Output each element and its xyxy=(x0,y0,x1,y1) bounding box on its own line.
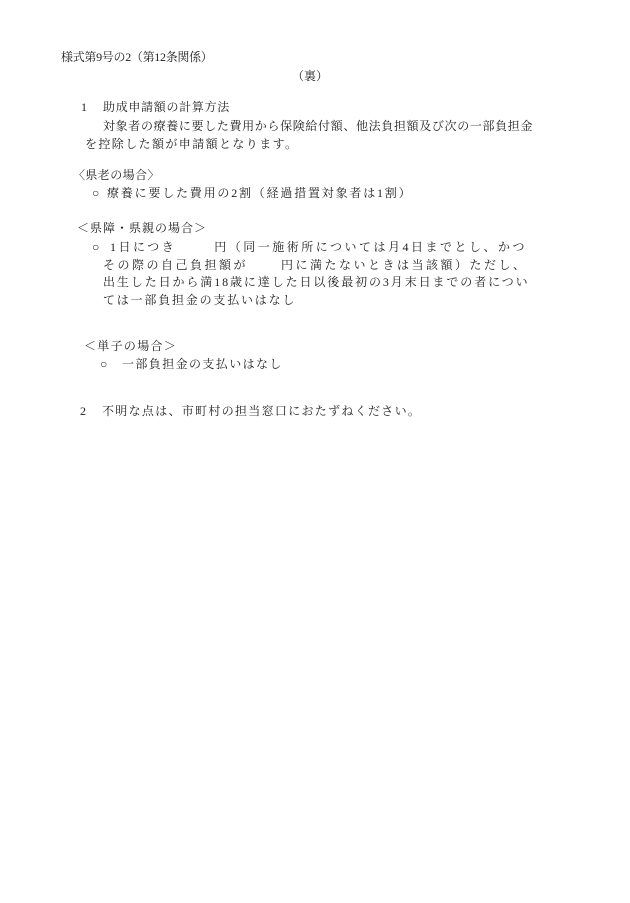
page-side-label: （裏） xyxy=(292,69,328,84)
case-kenro-item-text: 療養に要した費用の2割（経過措置対象者は1割） xyxy=(107,186,412,200)
section-2-text: 不明な点は、市町村の担当窓口におたずねください。 xyxy=(102,404,421,418)
section-1-body-line-1: 対象者の療養に要した費用から保険給付額、他法負担額及び次の一部負担金 xyxy=(103,119,533,134)
circle-bullet-icon: ○ xyxy=(100,357,122,372)
daily-copay-text-after-blank: 円（同一施術所については月4日までとし、かつ xyxy=(214,240,527,254)
section-2-text-line: 2不明な点は、市町村の担当窓口におたずねください。 xyxy=(80,404,421,419)
case-kensho-kenshin-line-2: その際の自己負担額が円に満たないときは当該額）ただし、 xyxy=(103,257,528,273)
case-kensho-kenshin-heading: ＜県障・県親の場合＞ xyxy=(77,221,207,236)
case-kensho-kenshin-line-1: ○1日につき円（同一施術所については月4日までとし、かつ xyxy=(92,239,527,255)
section-1-heading: 1助成申請額の計算方法 xyxy=(81,100,230,115)
case-tanshi-item-text: 一部負担金の支払いはなし xyxy=(122,357,283,371)
self-pay-text-after-blank: 円に満たないときは当該額）ただし、 xyxy=(281,258,528,272)
section-2-number: 2 xyxy=(80,404,102,419)
case-tanshi-heading: ＜単子の場合＞ xyxy=(84,339,177,354)
case-kensho-kenshin-line-4: ては一部負担金の支払いはなし xyxy=(103,293,296,308)
case-kensho-kenshin-line-3: 出生した日から満18歳に達した日以後最初の3月末日までの者につい xyxy=(103,275,530,290)
section-1-title: 助成申請額の計算方法 xyxy=(103,100,230,114)
circle-bullet-icon: ○ xyxy=(92,186,107,201)
case-kenro-item: ○療養に要した費用の2割（経過措置対象者は1割） xyxy=(92,186,412,201)
daily-copay-text: 1日につき xyxy=(110,240,176,254)
amount-blank-field xyxy=(176,239,214,251)
form-number: 様式第9号の2（第12条関係） xyxy=(61,50,213,65)
case-tanshi-item: ○一部負担金の支払いはなし xyxy=(100,357,283,372)
circle-bullet-icon: ○ xyxy=(92,240,110,255)
section-1-body-line-2: を控除した額が申請額となります。 xyxy=(85,137,298,152)
amount-blank-field xyxy=(248,257,281,269)
self-pay-text: その際の自己負担額が xyxy=(103,258,248,272)
document-page: 様式第9号の2（第12条関係） （裏） 1助成申請額の計算方法 対象者の療養に要… xyxy=(0,0,630,903)
section-1-number: 1 xyxy=(81,100,103,115)
case-kenro-heading: 〈県老の場合〉 xyxy=(73,168,160,183)
